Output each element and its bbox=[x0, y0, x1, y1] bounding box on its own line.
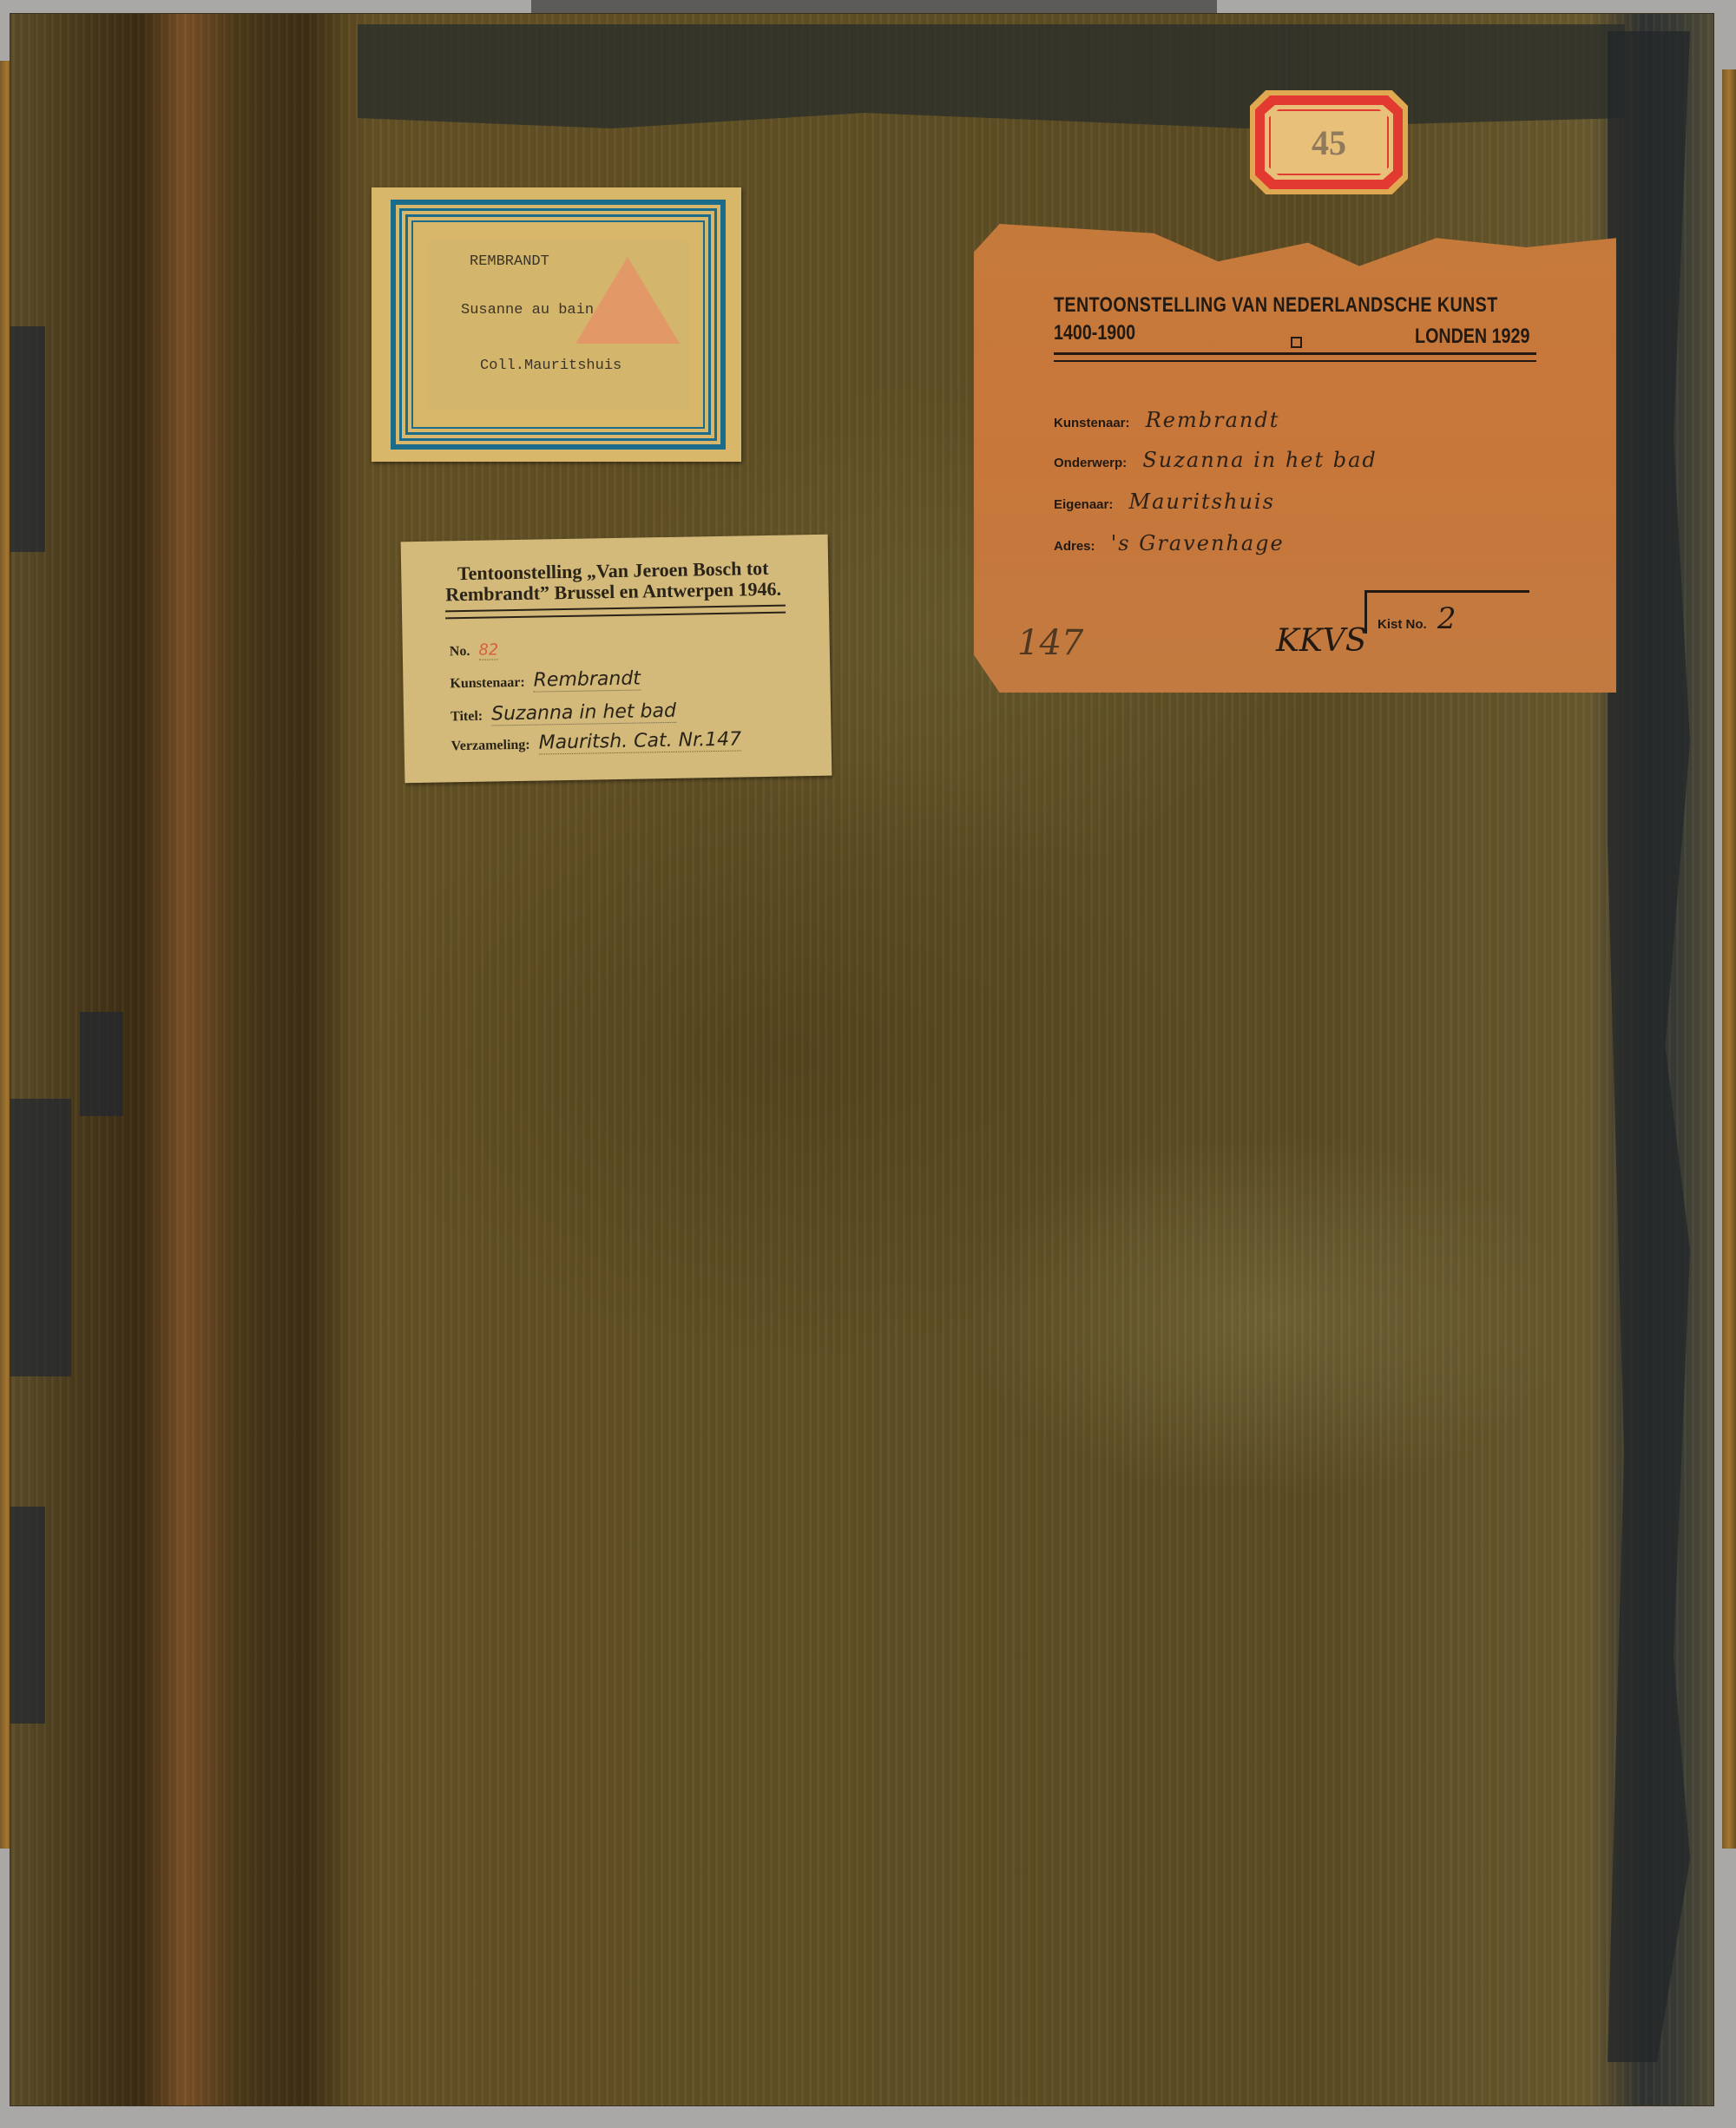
collection-owner: Coll.Mauritshuis bbox=[480, 358, 621, 374]
double-rule bbox=[1054, 352, 1536, 362]
small-square-mark bbox=[1291, 337, 1302, 348]
field-onderwerp: Onderwerp: Suzanna in het bad bbox=[1054, 448, 1378, 472]
field-verzameling: Verzameling: Mauritsh. Cat. Nr.147 bbox=[450, 729, 741, 756]
exhibition-1929-years: 1400-1900 bbox=[1054, 321, 1135, 345]
field-value: Suzanna in het bad bbox=[491, 700, 676, 726]
field-label: No. bbox=[450, 644, 470, 659]
field-value: Rembrandt bbox=[1146, 408, 1280, 432]
double-rule bbox=[445, 605, 786, 620]
dark-patch bbox=[10, 326, 45, 552]
field-value: Rembrandt bbox=[533, 668, 641, 693]
number-label: 45 bbox=[1250, 90, 1408, 194]
field-no: No. 82 bbox=[450, 640, 499, 660]
handwritten-number: 147 bbox=[1017, 623, 1083, 663]
number-label-inner-border bbox=[1269, 109, 1389, 175]
field-adres: Adres: 's Gravenhage bbox=[1054, 531, 1285, 555]
easel-rail-right bbox=[1722, 69, 1736, 1849]
exhibition-1946-label: Tentoonstelling „Van Jeroen Bosch tot Re… bbox=[401, 535, 832, 784]
dark-patch bbox=[10, 1507, 45, 1724]
dark-patch bbox=[80, 1012, 123, 1116]
kist-label: Kist No. bbox=[1378, 617, 1427, 632]
field-label: Verzameling: bbox=[451, 738, 530, 754]
field-value: 's Gravenhage bbox=[1111, 531, 1285, 555]
field-kunstenaar: Kunstenaar: Rembrandt bbox=[450, 668, 641, 693]
exhibition-1929-title: TENTOONSTELLING VAN NEDERLANDSCHE KUNST bbox=[1054, 293, 1498, 318]
kist-value: 2 bbox=[1437, 601, 1457, 636]
dark-patch bbox=[10, 1099, 71, 1376]
field-titel: Titel: Suzanna in het bad bbox=[450, 700, 676, 726]
handwritten-initials: KKVS bbox=[1276, 623, 1366, 659]
dark-paint-band-top bbox=[358, 24, 1625, 128]
field-label: Kunstenaar: bbox=[1054, 416, 1130, 430]
red-triangle-stamp bbox=[575, 257, 680, 344]
collection-label: REMBRANDT Susanne au bain Coll.Mauritshu… bbox=[372, 187, 741, 462]
kist-box: Kist No. 2 bbox=[1364, 590, 1529, 634]
field-value: 82 bbox=[478, 640, 498, 660]
field-value: Suzanna in het bad bbox=[1142, 448, 1377, 472]
field-label: Adres: bbox=[1054, 539, 1095, 554]
field-label: Titel: bbox=[450, 709, 483, 725]
field-eigenaar: Eigenaar: Mauritshuis bbox=[1054, 489, 1275, 514]
exhibition-1946-header: Tentoonstelling „Van Jeroen Bosch tot Re… bbox=[439, 558, 787, 606]
field-label: Onderwerp: bbox=[1054, 456, 1127, 470]
field-value: Mauritsh. Cat. Nr.147 bbox=[538, 729, 741, 755]
collection-label-content: REMBRANDT Susanne au bain Coll.Mauritshu… bbox=[428, 240, 689, 410]
field-value: Mauritshuis bbox=[1129, 489, 1275, 514]
field-kunstenaar: Kunstenaar: Rembrandt bbox=[1054, 408, 1279, 432]
field-label: Eigenaar: bbox=[1054, 497, 1113, 512]
field-label: Kunstenaar: bbox=[450, 675, 525, 692]
exhibition-1929-location: LONDEN 1929 bbox=[1415, 325, 1529, 349]
exhibition-1929-label: TENTOONSTELLING VAN NEDERLANDSCHE KUNST … bbox=[974, 224, 1616, 693]
collection-title: Susanne au bain bbox=[461, 302, 594, 319]
collection-artist: REMBRANDT bbox=[470, 253, 549, 270]
